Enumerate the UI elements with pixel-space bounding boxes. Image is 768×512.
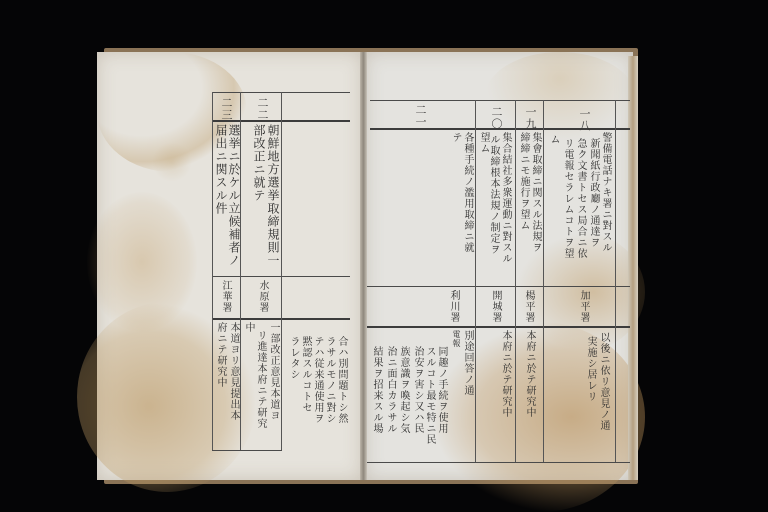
entry-remarks-line: 同趣ノ手続ヲ使用 [436,346,447,434]
entry-remarks-line: 結果ヲ招来スル場 [371,346,382,434]
entry-number: 二三 [220,97,233,121]
entry-subject-line: 締締ニモ施行ヲ望ム [518,132,529,231]
entry-remarks-line: スルコト最モ特ニ民 [424,346,435,445]
entry-number: 二二 [256,97,269,121]
entry-subject-line: 朝鮮地方選挙取締規則一 [266,124,279,267]
entry-subject-line: ル取締根本法規ノ制定ヲ [488,134,499,255]
table-rule [367,462,630,463]
continued-remark-line: 黙認スルコトセ [300,336,311,413]
entry-agency: 利川署 [448,290,459,323]
entry-remarks-line: 府ニテ研究中 [215,322,226,388]
entry-number: 一八 [578,108,591,132]
continued-remark-line: ラレタシ [288,336,299,380]
entry-number: 一九 [524,106,537,130]
entry-number: 二〇 [490,106,503,130]
entry-subject-line: 集會取締ニ関スル法規ヲ [530,132,541,253]
page-stack-edge [628,56,638,480]
entry-subject-line: ム [548,134,559,145]
entry-agency: 水原署 [257,280,268,313]
entry-subject-line: 届出ニ関スル件 [214,124,227,215]
entry-remarks-line: 一部改正意見本道ヨ [268,322,279,421]
entry-remarks-line: 治ニ面白カラサル [385,346,396,434]
entry-agency: 開城署 [490,290,501,323]
entry-subject-line: 部改正ニ就テ [252,124,265,202]
entry-remarks-line: 別途回答ノ通 [462,330,473,396]
entry-number: 二一 [414,104,427,128]
continued-remark-line: ラサルモノニ對シ [324,336,335,424]
entry-remarks-line: 本府ニ於テ研究中 [524,330,535,418]
remarks-annotation: 電報 [452,330,461,348]
entry-remarks-line: 治安ヲ害シ又ハ民 [412,346,423,434]
entry-subject-line: 集合結社多衆運動ニ對スル [500,132,511,264]
entry-subject-line: 望ム [478,132,489,154]
entry-remarks-line: 中 [243,322,254,333]
open-book: 二二 朝鮮地方選挙取締規則一 部改正ニ就テ 水原署 一部改正意見本道ヨ リ進達本… [0,0,768,512]
entry-agency: 加平署 [578,290,589,323]
table-rule [367,326,630,328]
entry-remarks-line: 以後ニ依リ意見ノ通 [598,332,609,431]
entry-remarks-line: 本府ニ於テ研究中 [500,330,511,418]
entry-subject-line: テ [450,132,461,143]
book-gutter [360,52,367,480]
entry-remarks-line: 本道ヨリ意見提出本 [228,322,239,421]
table-rule [367,286,630,287]
entry-remarks-line: 族意識ヲ喚起シ気 [398,346,409,434]
column-rule [212,92,213,450]
entry-agency: 楊平署 [523,290,534,323]
entry-subject-line: 選挙ニ於ケル立候補者ノ [227,124,240,267]
continued-remark-line: テハ従来通使用ヲ [312,336,323,424]
entry-subject-line: 急ク文書トセス局合ニ依 [575,138,586,259]
entry-subject-line: リ電報セラレムコトヲ望 [562,138,573,259]
entry-subject-line: 各種手続ノ濫用取締ニ就 [462,132,473,253]
water-stain [87,192,197,332]
continued-remark-line: 合ハ別問題トシ然 [336,336,347,424]
entry-agency: 江華署 [220,280,231,313]
entry-remarks-line: リ進達本府ニテ研究 [255,330,266,429]
column-rule [515,100,516,462]
column-rule [615,100,616,462]
column-rule [543,100,544,462]
water-stain [152,142,192,182]
entry-subject-line: 警備電話ナキ署ニ對スル [600,132,611,253]
entry-subject-line: 新聞紙行政廳ノ通達ヲ [588,138,599,248]
column-rule [281,92,282,450]
entry-remarks-line: 実施シ居レリ [585,336,596,402]
table-rule [212,450,282,451]
table-rule [370,100,630,101]
column-rule [475,100,476,462]
